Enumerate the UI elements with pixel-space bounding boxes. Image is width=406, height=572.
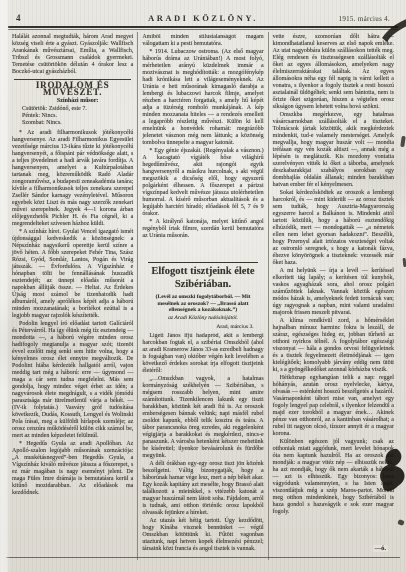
article-paragraph: Ligeti János ifjú hadapród, akit a lembe… (142, 333, 263, 375)
left-news-item-theater-news: * A színház hírei. Gyulai Vencel igazgat… (12, 229, 133, 320)
middle-news-briefs: Amiből minden stílustalanságot magam vál… (142, 34, 263, 260)
article-paragraph: „…Omszkban vagyok, a hatalmas kormányzós… (142, 376, 263, 460)
column-right: vette észre, szomorúan dőlt hátra — kimo… (269, 32, 398, 560)
page-header: 4 ARADI KÖZLÖNY. 1915. március 4. (0, 0, 406, 26)
theater-line-thursday: Csütörtök: Zsidónő, este 7. (22, 106, 133, 113)
section-title-irodalom-es-muveszet: IRODALOM ÉS MŰVÉSZET. (12, 82, 133, 96)
left-news-item-lecture: Podolin lengyel író előadást tartott Gal… (12, 321, 133, 440)
ink-mark-tick (400, 136, 405, 147)
left-news-item-apollo: * Hegedűs Gyula az aradi Apollóban. Az A… (12, 441, 133, 497)
article-signature: —ó. (373, 545, 388, 552)
right-paragraph: Hétköznap egyhangúan telik a nap: reggel… (273, 375, 394, 438)
columns: Halálát azonnal megtudták, három Arad me… (8, 32, 398, 560)
ink-mark-tick (397, 519, 404, 526)
middle-news-item-genie: * Egy génie éjszakái. (Regényalak a vász… (142, 148, 263, 218)
middle-continuation: Amiből minden stílustalanságot magam vál… (142, 34, 263, 48)
article-headline: Elfogott tisztjeink élete Szibériában. (143, 266, 262, 291)
right-paragraph: Különben egészen jól vagyunk; csak az ot… (273, 439, 394, 516)
column-middle: Amiből minden stílustalanságot magam vál… (137, 32, 268, 560)
right-paragraph: Sokat kérdezősködtek az oroszok a lember… (273, 190, 394, 267)
right-continuation-paragraph: vette észre, szomorúan dőlt hátra — kimo… (273, 34, 394, 111)
article-subhead: (Levél az omszki fogolytáborból. — Mit m… (145, 294, 260, 313)
newspaper-page: 4 ARADI KÖZLÖNY. 1915. március 4. Halálá… (0, 0, 406, 572)
left-intro-paragraph: Halálát azonnal megtudták, három Arad me… (12, 34, 133, 76)
masthead-title: ARADI KÖZLÖNY. (0, 13, 406, 23)
article-paragraph: A déli órákban egy-egy orosz tiszt jön k… (142, 461, 263, 517)
theater-program: Színházi műsor: Csütörtök: Zsidónő, este… (22, 98, 133, 127)
theater-line-saturday: Szombat: Nincs. (22, 120, 133, 127)
theater-program-title: Színházi műsor: (22, 98, 133, 105)
article-paragraph: Az utazás két hétig tartott. Úgy kezdődö… (142, 518, 263, 553)
ink-mark-tick (403, 258, 406, 267)
article-divider (148, 262, 257, 263)
right-paragraph: A klíma rendkívül zord, a hőmérséklet ha… (273, 318, 394, 374)
theater-line-friday: Péntek: Nincs. (22, 113, 133, 120)
middle-news-item-kiralyno: * A királynő katonája, melyet kitűnő ang… (142, 219, 263, 240)
bottom-rule (6, 557, 400, 558)
right-paragraph: A mi helyünk — írja a levél — kerítéssel… (273, 268, 394, 317)
middle-news-item-lubaczow: * 1914. Lubaczow ostroma. (Az első magya… (142, 49, 263, 147)
left-news-item-philharmonic: * Az aradi filharmonikusok jótékonycélú … (12, 130, 133, 228)
article-body: Ligeti János ifjú hadapród, akit a lembe… (142, 333, 263, 554)
column-left: Halálát azonnal megtudták, három Arad me… (8, 32, 137, 560)
article-byline: az Aradi Közlöny tudósítójától. (142, 315, 263, 322)
right-paragraph: Omszkba megérkezve, egy hatalmas vásárcs… (273, 112, 394, 189)
article-dateline: Arad, március 3. (142, 324, 263, 331)
header-rule (8, 26, 398, 30)
